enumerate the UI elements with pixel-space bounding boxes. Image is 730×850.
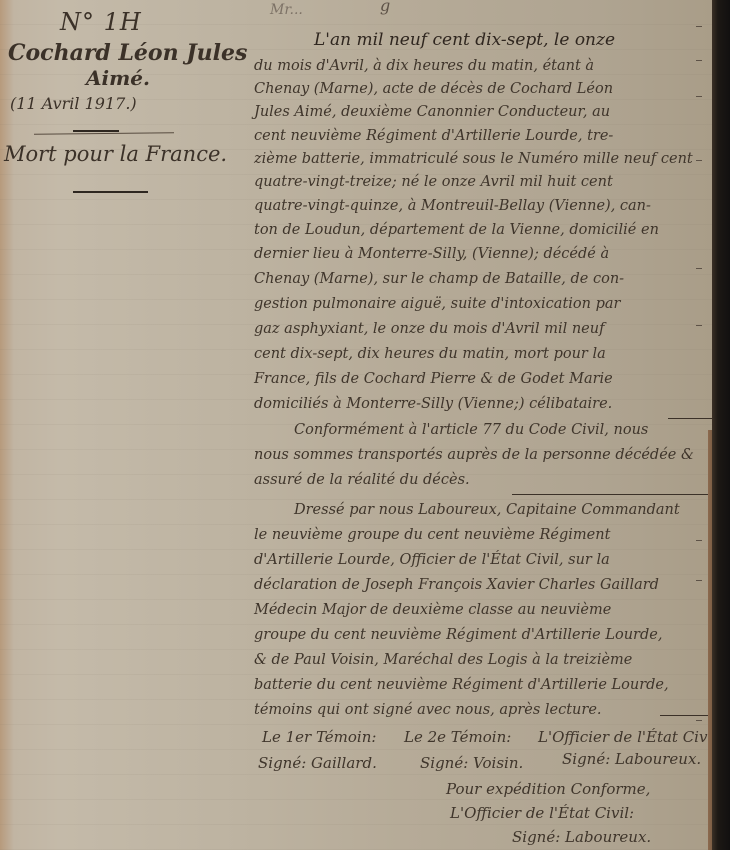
margin-tick <box>696 160 702 161</box>
body-line: nous sommes transportés auprès de la per… <box>254 447 694 463</box>
body-line: déclaration de Joseph François Xavier Ch… <box>254 577 659 593</box>
margin-tick <box>696 540 702 541</box>
body-line: batterie du cent neuvième Régiment d'Art… <box>254 677 669 693</box>
body-line: d'Artillerie Lourde, Officier de l'État … <box>254 552 610 568</box>
margin-tick <box>696 26 702 27</box>
margin-tick <box>696 96 702 97</box>
body-line: témoins qui ont signé avec nous, après l… <box>254 702 602 718</box>
body-line: assuré de la réalité du décès. <box>254 472 470 488</box>
act-body: L'an mil neuf cent dix-sept, le onze du … <box>254 0 712 850</box>
body-line: France, fils de Cochard Pierre & de Gode… <box>254 371 613 387</box>
body-line: Chenay (Marne), acte de décès de Cochard… <box>254 81 613 97</box>
body-line: gestion pulmonaire aiguë, suite d'intoxi… <box>254 296 620 312</box>
deceased-name-cont: Aimé. <box>86 66 150 90</box>
officer-label: L'Officier de l'État Civil: <box>538 728 712 746</box>
margin-divider-bottom <box>73 191 148 193</box>
body-line: & de Paul Voisin, Maréchal des Logis à l… <box>254 652 632 668</box>
margin-tick <box>696 60 702 61</box>
witness1-label: Le 1er Témoin: <box>262 728 376 746</box>
witness1-signature: Signé: Gaillard. <box>258 754 377 772</box>
body-line: cent neuvième Régiment d'Artillerie Lour… <box>254 128 613 144</box>
margin-tick <box>696 720 702 721</box>
line-filler <box>512 494 712 495</box>
book-binding <box>712 0 730 850</box>
body-line: gaz asphyxiant, le onze du mois d'Avril … <box>254 321 604 337</box>
copy-officer-label: L'Officier de l'État Civil: <box>450 804 634 822</box>
body-line: quatre-vingt-treize; né le onze Avril mi… <box>254 174 613 190</box>
witness2-label: Le 2e Témoin: <box>404 728 511 746</box>
body-line: Jules Aimé, deuxième Canonnier Conducteu… <box>254 104 610 120</box>
margin-tick <box>696 325 702 326</box>
body-line: Médecin Major de deuxième classe au neuv… <box>254 602 611 618</box>
body-line: zième batterie, immatriculé sous le Numé… <box>254 151 693 167</box>
margin-underline <box>34 132 174 134</box>
body-line: groupe du cent neuvième Régiment d'Artil… <box>254 627 662 643</box>
body-line: L'an mil neuf cent dix-sept, le onze <box>314 30 615 50</box>
copy-officer-signature: Signé: Laboureux. <box>512 828 651 846</box>
body-line: quatre-vingt-quinze, à Montreuil-Bellay … <box>254 198 651 214</box>
margin-tick <box>696 268 702 269</box>
body-line: ton de Loudun, département de la Vienne,… <box>254 222 659 238</box>
margin-divider-top <box>73 130 119 132</box>
margin-tick <box>696 580 702 581</box>
death-date: (11 Avril 1917.) <box>10 94 137 113</box>
officer-signature: Signé: Laboureux. <box>562 750 701 768</box>
copy-note: Pour expédition Conforme, <box>446 780 650 798</box>
body-line: cent dix-sept, dix heures du matin, mort… <box>254 346 606 362</box>
body-line: Dressé par nous Laboureux, Capitaine Com… <box>294 502 680 518</box>
witness2-signature: Signé: Voisin. <box>420 754 523 772</box>
act-number: N° 1H <box>60 8 142 36</box>
deceased-name: Cochard Léon Jules <box>8 40 247 66</box>
body-line: le neuvième groupe du cent neuvième Régi… <box>254 527 610 543</box>
body-line: Conformément à l'article 77 du Code Civi… <box>294 422 648 438</box>
register-page: N° 1H Cochard Léon Jules Aimé. (11 Avril… <box>0 0 712 850</box>
mention-mort-pour-la-france: Mort pour la France. <box>4 142 227 166</box>
body-line: dernier lieu à Monterre-Silly, (Vienne);… <box>254 246 609 262</box>
body-line: du mois d'Avril, à dix heures du matin, … <box>254 58 594 74</box>
margin-column: N° 1H Cochard Léon Jules Aimé. (11 Avril… <box>0 0 255 850</box>
body-line: Chenay (Marne), sur le champ de Bataille… <box>254 271 624 287</box>
body-line: domiciliés à Monterre-Silly (Vienne;) cé… <box>254 396 612 412</box>
